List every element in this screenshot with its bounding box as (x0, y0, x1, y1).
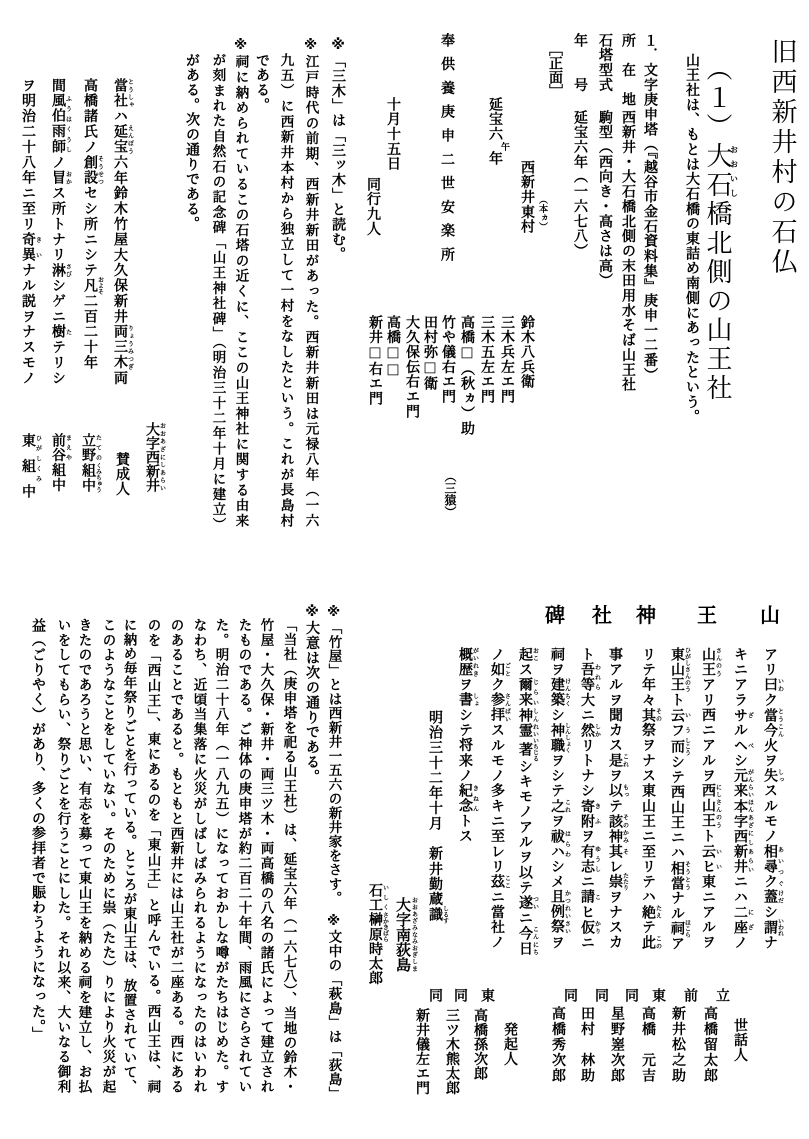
stele-title-char: 碑 (545, 605, 565, 625)
ruby-reading: はらわ (564, 829, 571, 859)
section-heading: （１）大石おおいし橋北側の山王社 (704, 55, 738, 403)
ruby-annotated-text: 如ごと (489, 662, 505, 677)
ruby-annotated-text: 樹た (50, 324, 66, 339)
ruby-reading: にしあらい (747, 829, 754, 874)
caretaker-name: 高橋留太郎 (703, 1006, 717, 1084)
stele-line: 起おこス爾来じらい神霊しんれい著いちじるシキモノアルヲ以テ遂ついニ今日こんにち (518, 647, 538, 956)
caretaker-area: 前 (683, 988, 697, 1003)
stele-title-char: 神 (636, 605, 656, 625)
ruby-reading: そうとう (684, 861, 691, 891)
promoter-area: 東 (480, 988, 494, 1003)
caretaker-area: 同 (594, 988, 608, 1003)
spec-label: 所 在 地 (621, 33, 635, 110)
ruby-annotated-text: 茲ここ (489, 874, 505, 889)
stele-line: 概歴がいれきヲ書しょシテ将来ノ紀念きねんトス (458, 647, 478, 844)
ruby-annotated-text: 参拝さんぱい (489, 692, 505, 722)
ruby-reading: いい (715, 844, 722, 874)
stele-supporter-group: 前谷まえや組中 (51, 433, 71, 492)
stele-title-char: 社 (592, 605, 612, 625)
stele-line: ト吾等われら大ニ然しかリトナシ寄附きふヲ有志ゆうしニ請こヒ仮かりニ (580, 647, 600, 950)
inscription-group: 同行九人 (366, 177, 380, 236)
ruby-annotated-text: 且例祭かつれいさい (549, 889, 565, 934)
ruby-reading: いわ (777, 677, 784, 692)
stele-title-char: 山 (760, 605, 780, 625)
ruby-reading: きふ (594, 799, 601, 829)
promoter-name: 高橋孫次郎 (473, 1008, 487, 1081)
promoters-label: 発起人 (503, 1022, 517, 1067)
note-line: なわち、近頃当集落に火災がしばしばみられるようになったのはいわれ (191, 618, 205, 1093)
ruby-annotated-text: 二座にざ (732, 905, 748, 935)
ruby-reading: ほこら (684, 920, 691, 938)
inscription-era: 延宝六午年 (488, 97, 502, 166)
ruby-reading: さんぱい (504, 692, 511, 722)
caretakers-label: 世話人 (733, 1018, 747, 1063)
ruby-annotated-text: 大字南荻島おおあざみなみおぎしま (394, 897, 412, 972)
stele-line: ヲ明治二十八年ニ至リ奇異きいナル説ヲナスモノ (21, 78, 41, 386)
ruby-annotated-text: 吾等われら (579, 662, 595, 692)
stele-line: 當社とうしゃハ延宝えんぽう六年鈴木竹屋大久保新井両三木りょうみつぎ両 (113, 78, 133, 386)
ruby-reading: いう (684, 708, 691, 738)
spec-value: 延宝六年（一六七八） (572, 110, 588, 259)
ruby-annotated-text: 仮かり (579, 920, 595, 935)
inscription-village: 西新井東村 (520, 160, 534, 234)
ruby-reading: まえや (65, 433, 72, 463)
ruby-reading: おおあざにしあらい (159, 422, 166, 492)
note-line: ※「三木」は「三ッ木」と読む。 (331, 37, 345, 262)
ruby-annotated-text: 此この (640, 935, 656, 950)
note-line: 益（ごりやく）があり、多くの参拝者で賑わうようになった。」 (31, 618, 45, 1042)
stele-supporter-group: 立野たての組中くみちゅう (81, 433, 101, 493)
ruby-annotated-text: 該神そのかみ (607, 814, 623, 844)
ruby-annotated-text: 凡およそ (82, 278, 98, 293)
page-title: 旧西新井村の石仏 (769, 38, 795, 278)
ruby-reading: たたり (622, 873, 629, 891)
ruby-annotated-text: 榊原さかきばら (367, 912, 383, 942)
ruby-reading: そのかみ (622, 814, 629, 844)
ruby-reading: ほんあざ (747, 799, 754, 829)
inscription-name: 田村弥□衛 (423, 315, 437, 391)
ruby-reading: きねん (472, 783, 479, 813)
note-line: たものである。ご神体の庚申塔が約二百二十年間、雨風にさらされてい (236, 618, 250, 1093)
inscription-dedication: 奉供養庚申二世安楽所 (440, 33, 454, 271)
note-line: このようなことをしていない。そのために祟（たた）りにより火災が起 (100, 618, 114, 1093)
ruby-reading: とうこん (777, 708, 784, 738)
ruby-reading: がんらい (747, 768, 754, 798)
ruby-reading: いしく (382, 883, 389, 912)
ruby-reading: おか (65, 170, 72, 185)
spec-location: 所 在 地西新井・大石橋北側の末田用水そば山王社 (621, 33, 635, 392)
ruby-annotated-text: 今日こんにち (517, 926, 533, 956)
inscription-name: 高橋□□ (386, 315, 400, 378)
inscription-name: 三木五左エ門 (480, 315, 494, 404)
promoter-area: 同 (453, 988, 467, 1003)
note-line: ※大意は次の通りである。 (305, 604, 319, 784)
ruby-annotated-text: 起おこ (517, 647, 533, 662)
inscription-name: 鈴木八兵衛 (520, 315, 534, 389)
ruby-reading: ふうはくうし (65, 93, 72, 155)
ruby-annotated-text: ヘべ (732, 738, 748, 753)
ruby-reading: もっ (622, 783, 629, 798)
ruby-annotated-text: 爾来じらい (517, 677, 533, 707)
ruby-annotated-text: 石工いしく (367, 883, 383, 912)
note-line: がある。次の通りである。 (185, 53, 199, 231)
note-line: に納め毎年祭りごとを行っている。ところが東山王は、放置されていて、 (121, 618, 135, 1093)
ruby-annotated-text: 神霊しんれい (517, 708, 533, 738)
ruby-annotated-text: 著いちじる (517, 738, 533, 759)
ruby-reading: けんちく (564, 677, 571, 707)
ruby-annotated-text: 請こ (579, 889, 595, 904)
ruby-reading: ひがしくみ (35, 433, 42, 484)
note-line: いをしてもらい、祭りごとを行うことにした。それ以来、大いなる御利 (55, 618, 69, 1093)
note-line: である。 (255, 53, 269, 112)
stele-line: リテ年々其その祭ヲナス東山王ニ至リテハ絶たえテ此この (641, 647, 661, 950)
ruby-reading: かり (594, 920, 601, 935)
ruby-annotated-text: 失しっ (762, 768, 778, 783)
inscription-village-note: （本ヵ） (537, 195, 546, 231)
ruby-annotated-text: 書しょ (457, 692, 473, 707)
note-line: きたのであろうと思い、有志を募って東山王を納める祠を建立し、お払 (76, 618, 90, 1093)
ruby-annotated-text: 相尋クあいつぐ (762, 844, 778, 889)
spec-label: 年 号 (573, 33, 587, 110)
spec-value: 駒型（西向き・高さは高） (597, 110, 613, 288)
ruby-annotated-text: 當社とうしゃ (112, 78, 128, 109)
note-line: が刻まれた自然石の記念碑「山王神社碑」（明治三十二年十月に建立） (210, 53, 224, 531)
promoter-area: 同 (428, 988, 442, 1003)
ruby-annotated-text: 曰いわ (762, 677, 778, 692)
ruby-annotated-text: 祓ハはらわ (549, 829, 565, 859)
ruby-reading: こんにち (532, 926, 539, 956)
ruby-reading: さび (65, 263, 72, 278)
ruby-annotated-text: 立野たての (80, 433, 96, 463)
ruby-annotated-text: 創設そうせつ (82, 155, 98, 186)
ruby-annotated-text: 蓋けだ (762, 889, 778, 904)
ruby-annotated-text: 絶たえ (640, 905, 656, 920)
stele-supporter-group: 東組ひがしくみ中 (21, 433, 41, 510)
ruby-reading: ここ (504, 874, 511, 889)
ruby-reading: しか (594, 723, 601, 738)
ruby-reading: しるす (442, 906, 449, 924)
ruby-reading: おおいし (730, 142, 739, 200)
ruby-annotated-text: 其そ (607, 844, 623, 859)
ruby-annotated-text: 有志ゆうし (579, 844, 595, 874)
ruby-annotated-text: 大字西新井おおあざにしあらい (144, 422, 160, 492)
ruby-annotated-text: 謂いわれ (762, 920, 778, 935)
ruby-reading: くみちゅう (95, 463, 102, 493)
ruby-reading: かつれいさい (564, 889, 571, 934)
ruby-annotated-text: 建築けんちく (549, 677, 565, 707)
intro-text: 山王社は、もとは大石橋の東詰め南側にあったという。 (685, 53, 699, 424)
ruby-annotated-text: 風伯雨師ふうはくうし (50, 93, 66, 155)
caretaker-name: 高橋 元吉 (641, 1006, 655, 1084)
ruby-annotated-text: 云ヒいい (700, 844, 716, 874)
caretaker-name: 星野嵳次郎 (610, 1006, 624, 1084)
ruby-reading: およそ (97, 277, 104, 295)
caretaker-area: 立 (715, 988, 729, 1003)
note-line: ※「竹屋」とは西新井一五六の新井家をさす。 ※文中の「萩島」は「荻島」 (326, 604, 340, 1100)
stele-date-author: 明治三十二年十月 新井勤蔵識しるす (428, 710, 448, 924)
ruby-annotated-text: 元来がんらい (732, 768, 748, 798)
ruby-reading: とうしゃ (127, 78, 134, 109)
inscription-name: 竹や儀右エ門 (441, 315, 455, 404)
stele-place: 大字南荻島おおあざみなみおぎしま (395, 897, 417, 972)
inscription-name: 高橋□（秋ヵ）助 (460, 315, 474, 436)
note-line: のを「西山王」、東にあるのを「東山王」と呼んでいる。西山王は、祠 (145, 618, 159, 1093)
ruby-annotated-text: 之これ (549, 799, 565, 814)
spec-type: 石塔型式駒型（西向き・高さは高） (598, 33, 612, 288)
stele-line: アリ曰いわク當今とうこん火ヲ失しっスルモノ相尋クあいつぐ蓋けだシ謂いわれナ (763, 647, 783, 950)
ruby-reading: この (655, 935, 662, 950)
note-line: 「当社（庚申塔を祀る山王社）は、延宝六年（一六七八）、当地の鈴木・ (281, 618, 295, 1093)
ruby-annotated-text: 冒おか (50, 170, 66, 185)
ruby-annotated-text: 西新井にしあらい (732, 829, 748, 874)
inscription-face-label: ［正面］ (548, 42, 562, 98)
ruby-reading: いわれ (777, 918, 784, 936)
ruby-reading: ゆうし (594, 844, 601, 874)
ruby-annotated-text: 淋さび (50, 263, 66, 278)
ruby-annotated-text: サざ (732, 708, 748, 723)
stele-line: キニアラサざルヘべシ元来がんらい本字ほんあざ西新井にしあらいニハ二座にざノ (733, 647, 753, 950)
ruby-reading: えんぽう (127, 124, 134, 155)
ruby-annotated-text: 是これ (607, 753, 623, 768)
ruby-reading: そうせつ (97, 155, 104, 186)
ruby-reading: あいつぐ (777, 844, 784, 889)
stele-line: 山王さんのうアリ西ニアルヲ西山王にしさんのうト云ヒいい東ニアルヲ (701, 647, 721, 950)
ruby-reading: りょうみつぎ (127, 324, 134, 370)
inscription-carving: （三猿） (444, 470, 456, 518)
ruby-annotated-text: 以もっ (607, 783, 623, 798)
ruby-annotated-text: 東山王ひがしさんのう (669, 647, 685, 692)
stele-line: 高橋諸氏ノ創設そうせつセシ所ニシテ凡およそ二百二十年 (83, 78, 103, 371)
ruby-reading: べ (747, 738, 754, 753)
ruby-reading: さんのう (715, 647, 722, 677)
caretaker-name: 高橋秀次郎 (551, 1006, 565, 1084)
ruby-annotated-text: 祠ほこら (669, 921, 685, 936)
caretaker-area: 同 (563, 988, 577, 1003)
stele-district: 大字西新井おおあざにしあらい (145, 422, 165, 492)
ruby-annotated-text: 山王さんのう (700, 647, 716, 677)
ruby-annotated-text: 紀念きねん (457, 783, 473, 813)
note-line: 竹屋・大久保・新井・両三ツ木・両高橋の八名の諸氏によって建立され (258, 618, 272, 1093)
ruby-reading: しんれい (532, 708, 539, 738)
era-zodiac: 午 (499, 142, 509, 152)
ruby-reading: これ (622, 753, 629, 768)
ruby-reading: これ (564, 799, 571, 814)
stele-line: 東山王ひがしさんのうト云フいう而しこうシテ西山王ニハ相當そうとうナル祠ほこらア (670, 647, 690, 952)
ruby-reading: ざ (747, 708, 754, 723)
ruby-reading: きい (35, 232, 42, 263)
caretaker-area: 東 (651, 988, 665, 1003)
inscription-name: 大久保伝右エ門 (405, 315, 419, 419)
inscription-name: 三木兵左エ門 (500, 315, 514, 404)
ruby-annotated-text: 大石おおいし (702, 142, 732, 200)
ruby-annotated-text: 而しこう (669, 738, 685, 755)
note-line: た。明治二十八年（一八九五）になっておかしな噂がたちはじめた。す (213, 618, 227, 1093)
ruby-annotated-text: 前谷まえや (50, 433, 66, 463)
stele-line: 間風伯雨師ふうはくうしノ冒おかス所トナリ淋さびシゲニ樹たテリシ (51, 78, 71, 386)
stele-line: ノ如ごとク参拝さんぱいスルモノ多キニ至レリ茲ここニ當社ノ (490, 647, 510, 950)
ruby-annotated-text: 本字ほんあざ (732, 799, 748, 829)
stele-mason: 石工いしく榊原さかきばら時太郎 (368, 883, 388, 985)
ruby-reading: ひがしさんのう (684, 647, 691, 692)
spec-label: 石塔型式 (598, 33, 612, 110)
note-line: ※祠に納められているこの石塔の近くに、ここの山王神社に関する由来 (233, 37, 247, 527)
ruby-reading: しっ (777, 768, 784, 783)
ruby-reading: その (655, 708, 662, 723)
ruby-reading: さかきばら (382, 912, 389, 942)
promoter-name: 新井儀左エ門 (415, 1008, 429, 1095)
document-page: 旧西新井村の石仏 （１）大石おおいし橋北側の山王社 山王社は、もとは大石橋の東詰… (0, 0, 809, 1139)
inscription-date: 十月十五日 (386, 97, 400, 171)
note-line: のあることであると。もともと西新井には山王社が二座ある。西にある (168, 618, 182, 1093)
ruby-annotated-text: 識しるす (427, 907, 443, 924)
ruby-annotated-text: 當今とうこん (762, 708, 778, 738)
ruby-reading: こ (594, 889, 601, 904)
ruby-reading: がいれき (472, 647, 479, 677)
ruby-annotated-text: 西山王にしさんのう (700, 783, 716, 828)
ruby-annotated-text: 祟たたり (607, 874, 623, 889)
note-line: ※江戸時代の前期、西新井新田があった。西新井新田は元禄八年（一六 (303, 37, 317, 527)
ruby-reading: にざ (747, 905, 754, 935)
stele-supporter-role: 賛成人 (115, 452, 129, 497)
item-title: １．文字庚申塔（『越谷市金石資料集』庚申一二番） (643, 33, 657, 382)
caretaker-name: 田村 林助 (580, 1006, 594, 1084)
ruby-annotated-text: 然しか (579, 723, 595, 738)
ruby-reading: そ (622, 844, 629, 859)
ruby-annotated-text: 寄附きふ (579, 799, 595, 829)
ruby-reading: た (65, 324, 72, 339)
note-line: 九五）に西新井本村から独立して一村をなしたという。これが長島村 (278, 53, 292, 527)
ruby-reading: たての (95, 433, 102, 463)
ruby-reading: しんしょく (564, 723, 571, 753)
ruby-annotated-text: 奇異きい (20, 232, 36, 263)
ruby-annotated-text: 延宝えんぽう (112, 124, 128, 155)
inscription-name: 新井□右エ門 (368, 315, 382, 406)
ruby-annotated-text: 遂つい (517, 895, 533, 910)
ruby-reading: しこう (684, 738, 691, 756)
caretaker-area: 同 (624, 988, 638, 1003)
spec-value: 西新井・大石橋北側の末田用水そば山王社 (620, 110, 636, 392)
spec-era: 年 号延宝六年（一六七八） (573, 33, 587, 259)
ruby-annotated-text: 両三木りょうみつぎ (112, 324, 128, 370)
ruby-reading: おおあざみなみおぎしま (411, 897, 418, 972)
promoter-name: 三ツ木熊太郎 (445, 1008, 459, 1095)
ruby-annotated-text: 其その (640, 708, 656, 723)
ruby-reading: にしさんのう (715, 783, 722, 828)
stele-line: 事アルヲ聞カス是これヲ以もっテ該神そのかみ其そレ祟たたりヲナスカ (608, 647, 628, 950)
ruby-reading: じらい (532, 677, 539, 707)
ruby-reading: いちじる (532, 738, 539, 762)
ruby-annotated-text: 組中くみちゅう (80, 463, 96, 493)
ruby-reading: しょ (472, 692, 479, 707)
ruby-annotated-text: 神職しんしょく (549, 723, 565, 753)
era-suffix: 年 (487, 151, 503, 166)
ruby-reading: われら (594, 662, 601, 692)
ruby-reading: たえ (655, 905, 662, 920)
stele-line: 祠ヲ建築けんちくシ神職しんしょくヲシテ之これヲ祓ハはらわシメ且例祭かつれいさいヲ (550, 647, 570, 950)
caretaker-name: 新井松之助 (671, 1006, 685, 1084)
ruby-reading: おこ (532, 647, 539, 662)
era-text: 延宝六 (487, 97, 503, 142)
ruby-annotated-text: 云フいう (669, 708, 685, 738)
ruby-annotated-text: 相當そうとう (669, 861, 685, 891)
ruby-annotated-text: 東組ひがしくみ (20, 433, 36, 484)
ruby-reading: けだ (777, 889, 784, 904)
ruby-annotated-text: 概歴がいれき (457, 647, 473, 677)
ruby-reading: ごと (504, 662, 511, 677)
ruby-reading: つい (532, 895, 539, 910)
stele-title-char: 王 (697, 605, 717, 625)
